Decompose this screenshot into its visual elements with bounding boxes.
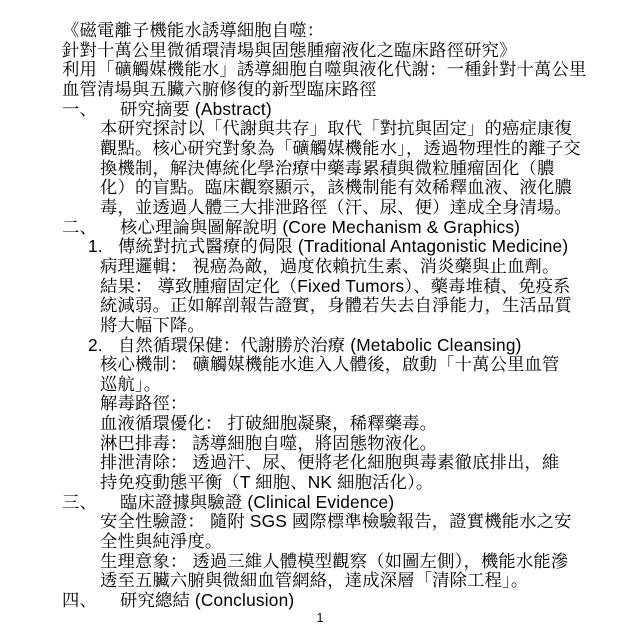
text-line: 全性與純淨度。 bbox=[0, 532, 640, 552]
text-line: 本研究探討以「代謝與共存」取代「對抗與固定」的癌症康復 bbox=[0, 119, 640, 139]
text-line: 利用「礦觸媒機能水」誘導細胞自噬與液化代謝：一種針對十萬公里 bbox=[0, 60, 640, 80]
list-marker: 1. bbox=[88, 237, 118, 257]
text-line: 排泄清除： 透過汗、尿、便將老化細胞與毒素徹底排出，維 bbox=[0, 453, 640, 473]
text-line: 二、核心理論與圖解說明 (Core Mechanism & Graphics) bbox=[0, 218, 640, 238]
text-line: 淋巴排毒： 誘導細胞自噬，將固態物液化。 bbox=[0, 434, 640, 454]
line-text: 臨床證據與驗證 (Clinical Evidence) bbox=[120, 492, 394, 512]
text-line: 解毒路徑： bbox=[0, 394, 640, 414]
page-number: 1 bbox=[0, 611, 640, 625]
line-text: 核心理論與圖解說明 (Core Mechanism & Graphics) bbox=[120, 217, 520, 237]
document-page: 《磁電離子機能水誘導細胞自噬：針對十萬公里微循環清場與固態腫瘤液化之臨床路徑研究… bbox=[0, 0, 640, 640]
text-line: 1.傳統對抗式醫療的侷限 (Traditional Antagonistic M… bbox=[0, 237, 640, 257]
line-text: 研究總結 (Conclusion) bbox=[120, 590, 294, 610]
text-line: 換機制，解決傳統化學治療中藥毒累積與微粒腫瘤固化（膿 bbox=[0, 159, 640, 179]
text-line: 針對十萬公里微循環清場與固態腫瘤液化之臨床路徑研究》 bbox=[0, 41, 640, 61]
text-line: 病理邏輯： 視癌為敵，過度依賴抗生素、消炎藥與止血劑。 bbox=[0, 257, 640, 277]
line-text: 自然循環保健：代謝勝於治療 (Metabolic Cleansing) bbox=[118, 335, 522, 355]
text-line: 2.自然循環保健：代謝勝於治療 (Metabolic Cleansing) bbox=[0, 336, 640, 356]
text-line: 《磁電離子機能水誘導細胞自噬： bbox=[0, 21, 640, 41]
text-line: 巡航」。 bbox=[0, 375, 640, 395]
text-line: 結果： 導致腫瘤固定化（Fixed Tumors）、藥毒堆積、免疫系 bbox=[0, 277, 640, 297]
line-text: 研究摘要 (Abstract) bbox=[120, 99, 272, 119]
text-line: 一、研究摘要 (Abstract) bbox=[0, 100, 640, 120]
list-marker: 2. bbox=[88, 336, 118, 356]
text-line: 核心機制： 礦觸媒機能水進入人體後，啟動「十萬公里血管 bbox=[0, 355, 640, 375]
text-line: 統減弱。正如解剖報告證實，身體若失去自淨能力，生活品質 bbox=[0, 296, 640, 316]
text-line: 安全性驗證： 隨附 SGS 國際標準檢驗報告，證實機能水之安 bbox=[0, 512, 640, 532]
text-line: 血管清場與五臟六腑修復的新型臨床路徑 bbox=[0, 80, 640, 100]
text-line: 持免疫動態平衡（T 細胞、NK 細胞活化）。 bbox=[0, 473, 640, 493]
text-line: 透至五臟六腑與微細血管網絡，達成深層「清除工程」。 bbox=[0, 571, 640, 591]
list-marker: 一、 bbox=[62, 100, 120, 120]
text-line: 三、臨床證據與驗證 (Clinical Evidence) bbox=[0, 493, 640, 513]
text-line: 生理意象： 透過三維人體模型觀察（如圖左側），機能水能滲 bbox=[0, 552, 640, 572]
text-line: 化）的盲點。臨床觀察顯示，該機制能有效稀釋血液、液化膿 bbox=[0, 178, 640, 198]
text-line: 毒，並透過人體三大排泄路徑（汗、尿、便）達成全身清場。 bbox=[0, 198, 640, 218]
list-marker: 四、 bbox=[62, 591, 120, 611]
text-line: 四、研究總結 (Conclusion) bbox=[0, 591, 640, 611]
text-line: 血液循環優化： 打破細胞凝聚，稀釋藥毒。 bbox=[0, 414, 640, 434]
document-text: 《磁電離子機能水誘導細胞自噬：針對十萬公里微循環清場與固態腫瘤液化之臨床路徑研究… bbox=[0, 21, 640, 611]
line-text: 傳統對抗式醫療的侷限 (Traditional Antagonistic Med… bbox=[118, 236, 568, 256]
list-marker: 二、 bbox=[62, 218, 120, 238]
list-marker: 三、 bbox=[62, 493, 120, 513]
text-line: 將大幅下降。 bbox=[0, 316, 640, 336]
text-line: 觀點。核心研究對象為「礦觸媒機能水」，透過物理性的離子交 bbox=[0, 139, 640, 159]
